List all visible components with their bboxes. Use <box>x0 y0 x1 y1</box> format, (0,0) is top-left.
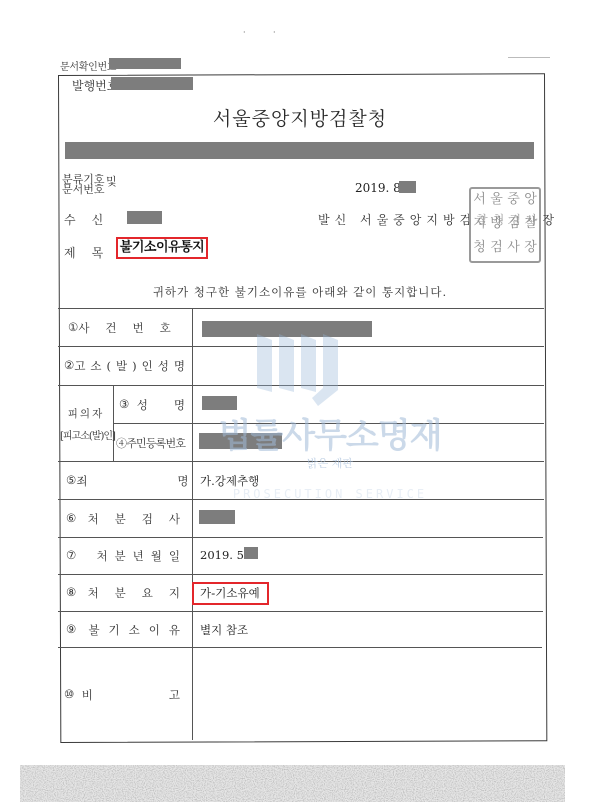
row-label-charge: ⑤죄명 <box>66 473 180 489</box>
seal-character: 방 <box>488 213 505 237</box>
send-date: 2019. 8. <box>355 181 405 195</box>
seal-character: 사 <box>505 237 522 261</box>
seal-character: 청 <box>471 237 488 261</box>
redacted-issue-number <box>111 77 193 90</box>
scan-artifact-line <box>508 57 550 58</box>
document-check-number-label: 문서확인번호 <box>60 58 116 73</box>
seal-character: 서 <box>471 189 488 213</box>
notice-text: 귀하가 청구한 불기소이유를 아래와 같이 통지합니다. <box>0 284 600 300</box>
scan-speck: · <box>243 28 246 37</box>
watermark-subtext: 밝은 재판 <box>210 455 450 471</box>
official-seal-stamp: 서울중앙지방검찰청검사장 <box>469 187 541 263</box>
table-rule <box>58 308 544 309</box>
table-rule <box>58 647 542 648</box>
seal-character: 찰 <box>522 213 539 237</box>
disposition-date-value: 2019. 5. <box>200 548 248 562</box>
scan-speck: · <box>273 28 276 37</box>
watermark-english: PROSECUTION SERVICE <box>210 487 450 501</box>
seal-character: 중 <box>505 189 522 213</box>
table-rule <box>58 537 543 538</box>
table-subcolumn-divider <box>113 385 114 461</box>
redacted-disposition-day <box>244 547 258 559</box>
subject-highlight: 불기소이유통지 <box>116 237 208 259</box>
watermark-logo-icon <box>252 330 352 410</box>
row-label-non-prosecution-reason: ⑨불기소이유 <box>66 622 180 638</box>
row-label-resident-number: ④주민등록번호 <box>116 435 190 451</box>
seal-character: 장 <box>522 237 539 261</box>
seal-character: 앙 <box>522 189 539 213</box>
seal-character: 검 <box>505 213 522 237</box>
row-label-disposition-summary: ⑧처분요지 <box>66 585 180 601</box>
table-rule <box>58 611 543 612</box>
disposition-summary-highlight: 가-기소유예 <box>192 582 269 605</box>
row-label-suspect-name: ③성명 <box>119 397 185 413</box>
subject-label: 제목 <box>64 244 119 261</box>
row-label-complainant-name: ②고소(발)인성명 <box>64 358 186 374</box>
redacted-prosecutor-name <box>199 510 235 524</box>
row-label-case-number: ①사건번호 <box>68 320 180 336</box>
seal-character: 울 <box>488 189 505 213</box>
row-label-remarks: ⑩비고 <box>64 687 180 703</box>
seal-character: 지 <box>471 213 488 237</box>
recipient-label: 수신 <box>64 211 119 228</box>
row-label-disposition-date: ⑦처분년월일 <box>66 548 180 564</box>
classification-label: 분류기호 문서번호 <box>62 175 105 195</box>
redacted-send-day <box>399 181 416 193</box>
watermark-text: 법률사무소명재 <box>210 408 450 457</box>
table-rule <box>58 574 543 575</box>
redacted-document-check-number <box>109 58 181 69</box>
redacted-address-bar <box>65 142 534 159</box>
redacted-recipient <box>127 211 162 224</box>
classification-and: 및 <box>106 173 117 189</box>
row-group-suspect: 피의자 [피고소(발)인] <box>60 406 112 442</box>
scan-noise-strip <box>20 765 565 802</box>
seal-character: 검 <box>488 237 505 261</box>
row-label-prosecutor: ⑥처분검사 <box>66 511 180 527</box>
agency-title: 서울중앙지방검찰청 <box>0 104 600 131</box>
non-prosecution-reason-value: 별지 참조 <box>200 622 248 638</box>
